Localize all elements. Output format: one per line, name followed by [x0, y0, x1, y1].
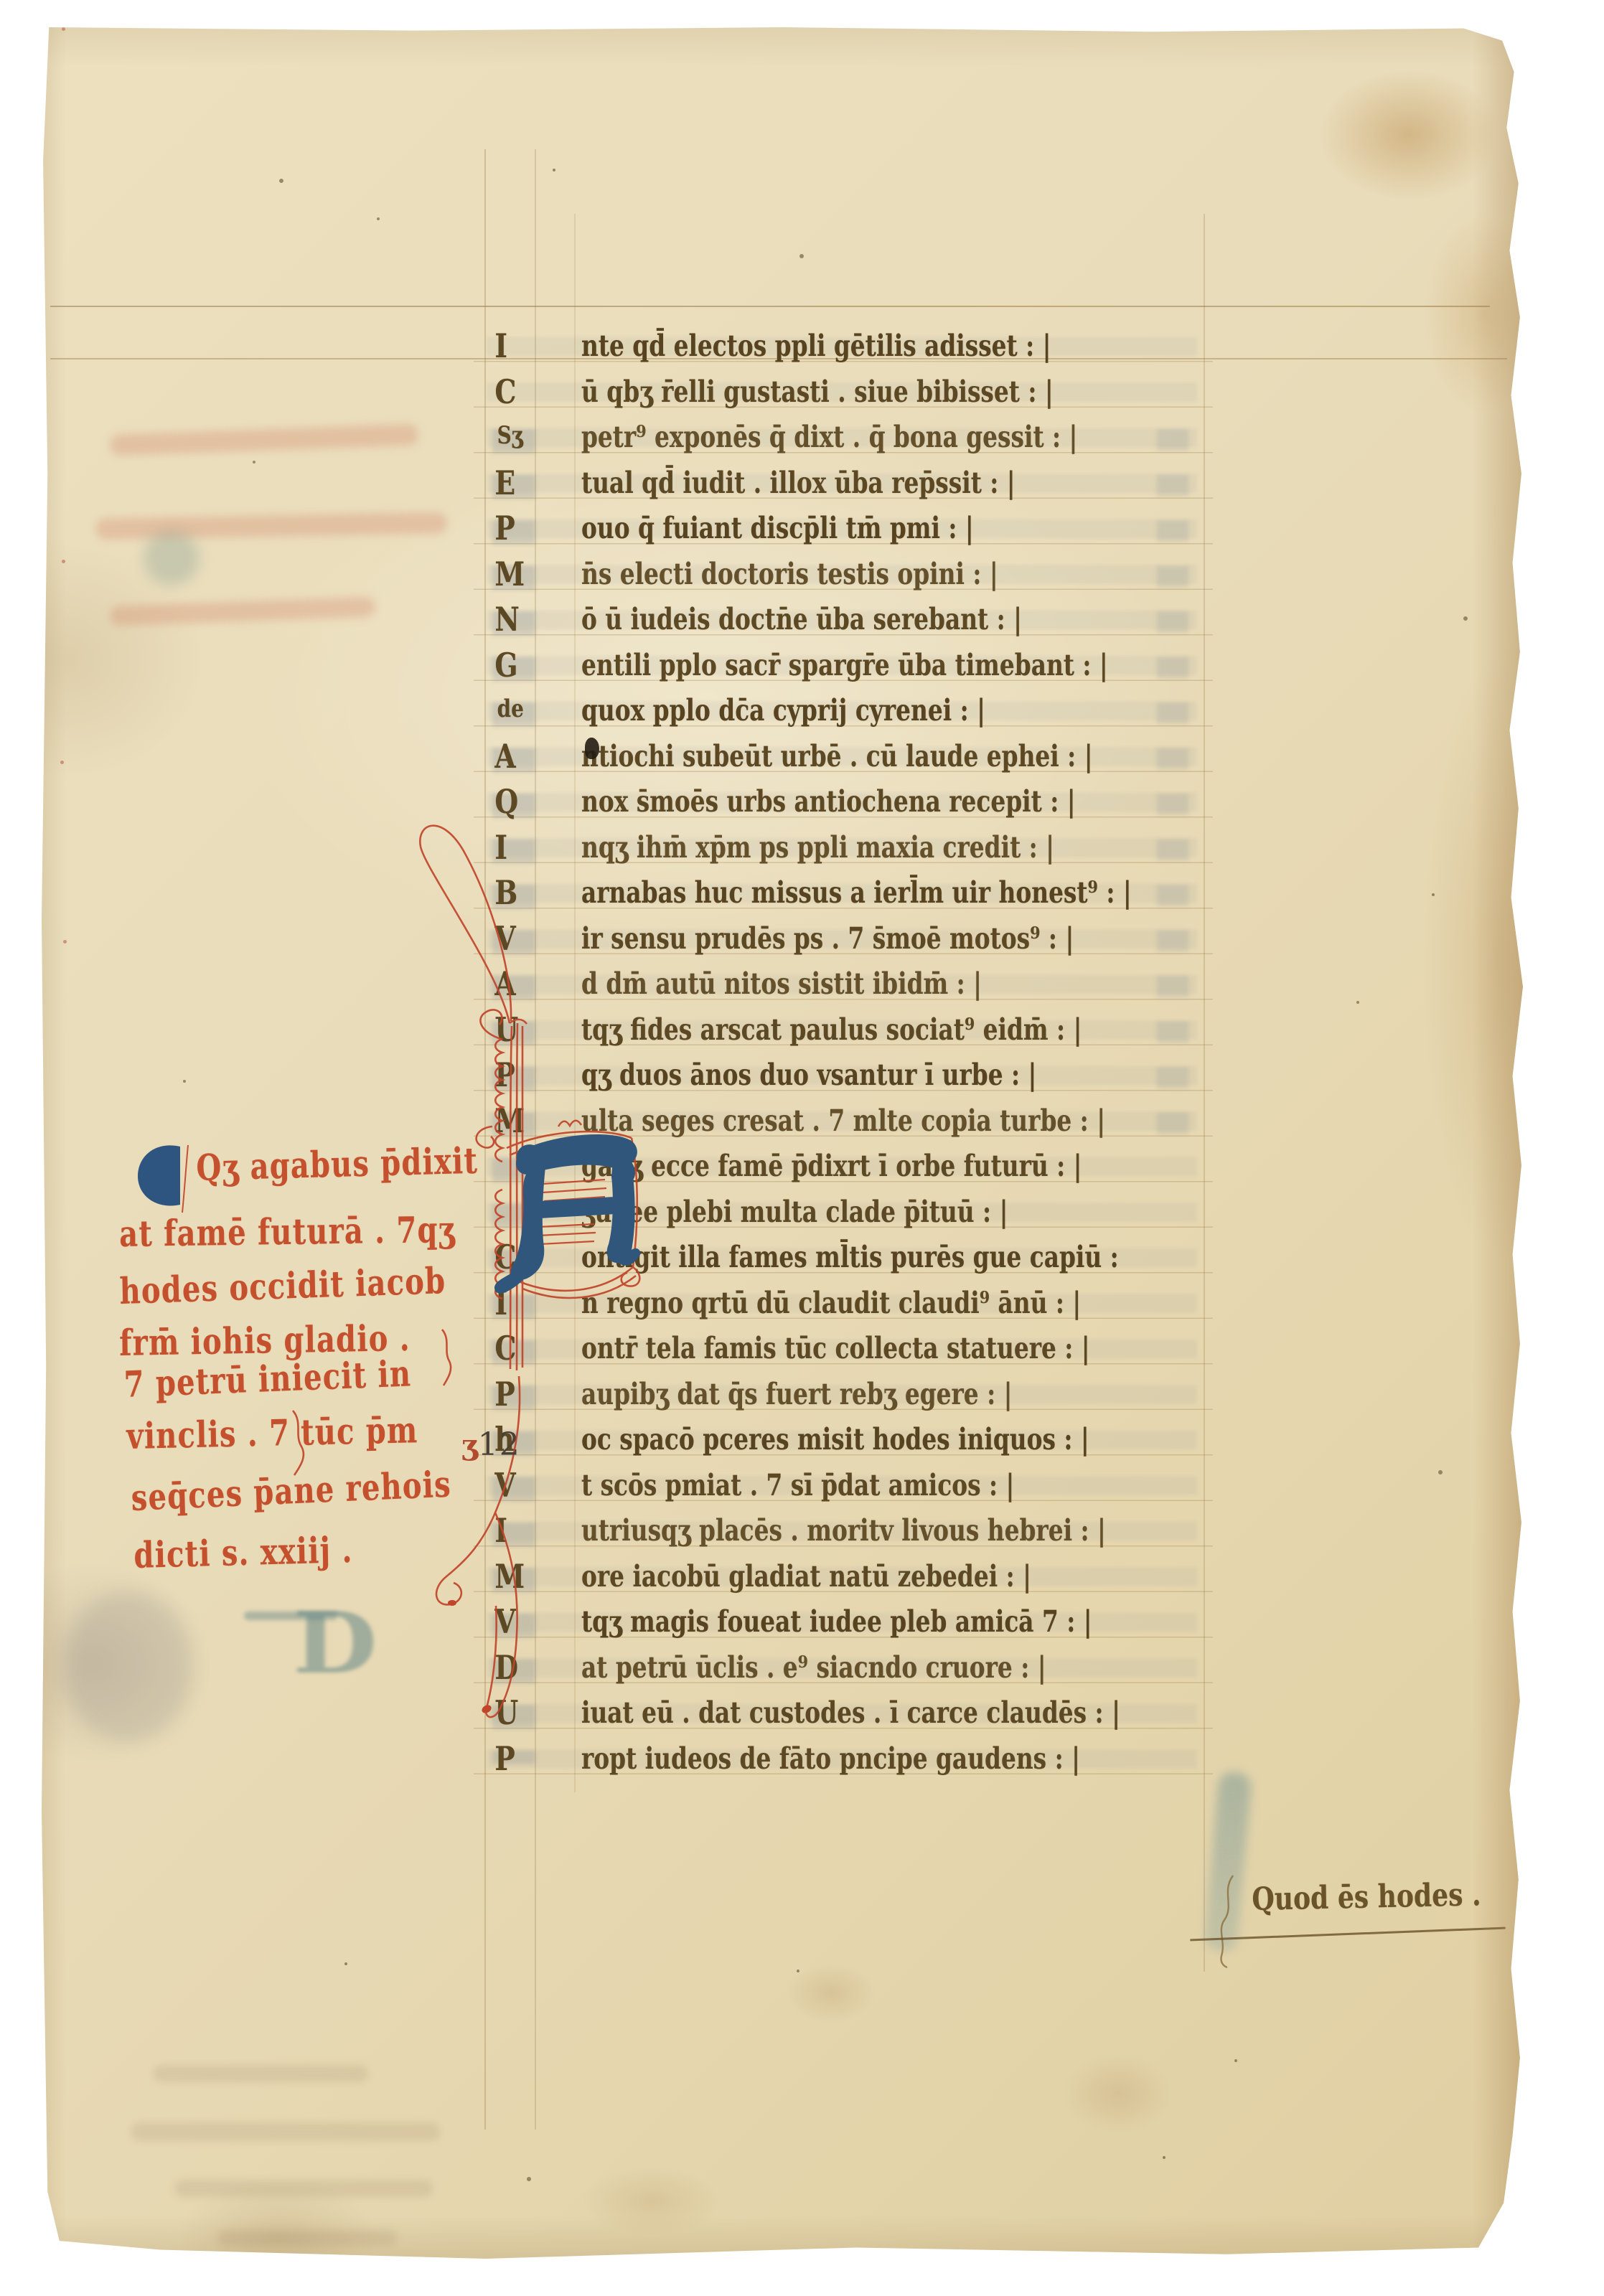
verse-text: ō ū iudeis doctn̄e ūba serebant : | [581, 598, 1022, 641]
verse-row: Cū qbʒ r̄elli gustasti . siue bibisset :… [479, 370, 1254, 416]
top-ruling-line-1 [50, 306, 1490, 307]
catchword-squiggle [1214, 1871, 1243, 1972]
verse-text: ouo q̄ fuiant discp̄li tm̄ pmi : | [581, 507, 974, 550]
verso-showthrough-text-3 [174, 2180, 433, 2197]
manuscript-scan: D Inte qd̄ electos ppli gētilis adisset … [0, 0, 1604, 2296]
verse-row: Gentili pplo sacr̄ spargr̄e ūba timebant… [479, 644, 1254, 690]
verse-initial: A [479, 735, 563, 778]
folio-number: 12 [478, 1426, 521, 1463]
verse-initial: N [479, 598, 563, 641]
folio-mark: ʒ12 [461, 1426, 521, 1463]
rubric-line: seq̄ces p̄ane rehois [131, 1463, 452, 1519]
marginal-rubric: Qʒ agabus p̄dixitat famē futurā . 7qʒhod… [119, 1141, 550, 1614]
verse-row: dequox pplo dc̄a cyprij cyrenei : | [479, 689, 1254, 735]
dirt-specks [42, 27, 44, 30]
catchword: Quod ēs hodes . [1252, 1876, 1481, 1918]
verse-text: tual qd̄ iudit . illox ūba rep̄ssit : | [581, 461, 1016, 504]
verse-row: Etual qd̄ iudit . illox ūba rep̄ssit : | [479, 461, 1254, 507]
rubric-line: Qʒ agabus p̄dixit [196, 1139, 479, 1189]
manuscript-page: D Inte qd̄ electos ppli gētilis adisset … [42, 27, 1523, 2259]
verse-initial: E [479, 461, 563, 504]
verso-showthrough-text-2 [131, 2122, 440, 2141]
red-edge-specks [62, 27, 65, 31]
verso-showthrough-text-4 [217, 2230, 397, 2246]
verse-initial: C [479, 370, 563, 413]
verse-initial: de [479, 689, 563, 729]
verse-text: entili pplo sacr̄ spargr̄e ūba timebant … [581, 644, 1108, 687]
quire-tick: ʒ [461, 1429, 478, 1462]
verse-text: ū qbʒ r̄elli gustasti . siue bibisset : … [581, 370, 1054, 413]
verso-showthrough-rubric-1 [110, 424, 419, 456]
verse-text: quox pplo dc̄a cyprij cyrenei : | [581, 689, 985, 732]
rubric-line: vinclis . 7 tūc p̄m [126, 1408, 418, 1457]
verse-initial: M [479, 552, 563, 596]
verso-showthrough-blob [144, 531, 200, 585]
rubric-line: hodes occidit iacob [119, 1259, 446, 1312]
verso-showthrough-text-1 [153, 2065, 368, 2082]
verse-text: ntiochi subeūt urbē . cū laude ephei : | [581, 735, 1093, 778]
verse-row: Nō ū iudeis doctn̄e ūba serebant : | [479, 598, 1254, 644]
verse-text: nte qd̄ electos ppli gētilis adisset : | [581, 324, 1051, 367]
verse-row: Sʒpetr⁹ exponēs q̄ dixt . q̄ bona gessit… [479, 415, 1254, 461]
verse-row: Pouo q̄ fuiant discp̄li tm̄ pmi : | [479, 507, 1254, 552]
verse-initial: P [479, 507, 563, 550]
verse-text: n̄s electi doctoris testis opini : | [581, 552, 998, 596]
flourish-leaf [448, 1600, 493, 1715]
verso-showthrough-rubric-2 [95, 512, 447, 540]
verse-initial: I [479, 324, 563, 367]
verse-text: petr⁹ exponēs q̄ dixt . q̄ bona gessit :… [581, 415, 1077, 458]
verse-row: Inte qd̄ electos ppli gētilis adisset : … [479, 324, 1254, 370]
ink-blot [585, 738, 599, 759]
rubric-line: at famē futurā . 7qʒ [119, 1208, 456, 1255]
verse-initial: G [479, 644, 563, 687]
verse-initial: Sʒ [479, 415, 563, 456]
verso-showthrough-rubric-3 [110, 597, 376, 626]
rubric-line: dicti s. xxiij . [133, 1528, 353, 1576]
verse-row: Mn̄s electi doctoris testis opini : | [479, 552, 1254, 598]
